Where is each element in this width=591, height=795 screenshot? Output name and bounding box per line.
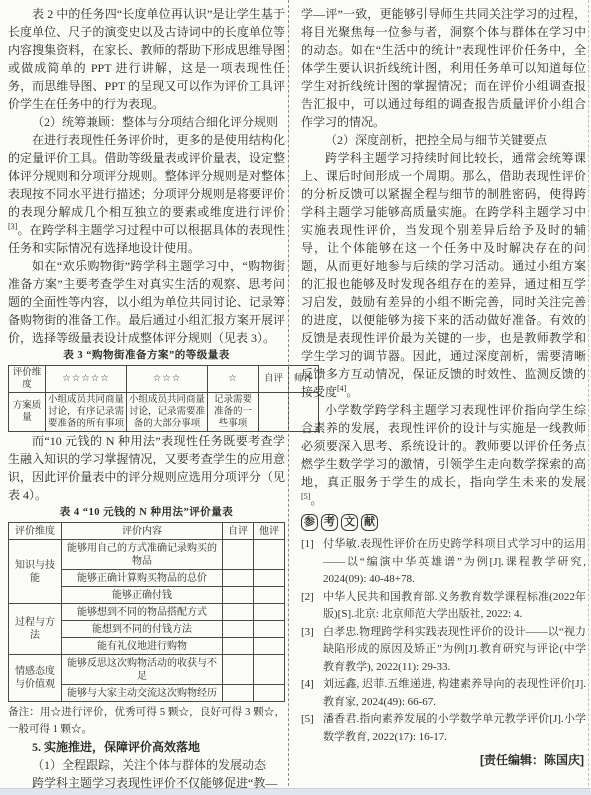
references-heading-char: 文	[341, 514, 358, 531]
table4-criterion: 能想到不同的付钱方法	[62, 621, 223, 638]
paragraph-shopping-street: 如在“欢乐购物街”跨学科主题学习中，“购物街准备方案”主要考查学生对真实生活的观…	[8, 257, 285, 347]
paragraph-scoring-tools: 在进行表现性任务评价时，更多的是使用结构化的定量评价工具。借助等级量表或评价量表…	[8, 131, 285, 257]
reference-item: [4] 刘远鑫, 迟菲.五维递进, 构建素养导向的表现性评价[J].教育家, 2…	[301, 676, 586, 711]
table4-self-cell	[223, 570, 254, 587]
paragraph-conclusion: 小学数学跨学科主题学习表现性评价指向学生综合素养的发展，表现性评价的设计与实施是…	[301, 401, 586, 509]
table3-header-dimension: 评价维度	[9, 366, 46, 393]
table4-peer-cell	[254, 621, 285, 638]
table4-self-cell	[223, 604, 254, 621]
subheading-scoring-rules: （2）统筹兼顾：整体与分项结合细化评分规则	[8, 113, 285, 131]
reference-text: 刘远鑫, 迟菲.五维递进, 构建素养导向的表现性评价[J].教育家, 2024(…	[323, 678, 586, 708]
reference-number: [1]	[301, 536, 314, 554]
table3-caption: 表 3 “购物街准备方案”的等级量表	[8, 348, 285, 364]
column-divider	[288, 0, 289, 786]
reference-text: 付华敏.表现性评价在历史跨学科项目式学习中的运用——以“编演中华英雄谱”为例[J…	[323, 538, 586, 585]
table4-peer-cell	[254, 655, 285, 685]
references-list: [1] 付华敏.表现性评价在历史跨学科项目式学习中的运用——以“编演中华英雄谱”…	[301, 536, 586, 746]
subheading-deep-analysis: （2）深度剖析，把控全局与细节关键要点	[301, 131, 586, 149]
paragraph-10yuan-task: 而“10 元钱的 N 种用法”表现性任务既要考查学生融入知识的学习掌握情况，又要…	[8, 432, 285, 504]
table4-dimension-attitude: 情感态度与价值观	[9, 655, 62, 702]
responsible-editor: [责任编辑：陈国庆]	[301, 751, 586, 768]
table4-dimension-process: 过程与方法	[9, 604, 62, 655]
reference-number: [4]	[301, 676, 314, 694]
table3-cell-dimension: 方案质量	[9, 393, 46, 432]
table4-criterion: 能有礼仪地进行购物	[62, 638, 223, 655]
table4-self-cell	[223, 655, 254, 685]
table4-header-peer: 他评	[254, 523, 285, 540]
reference-item: [2] 中华人民共和国教育部.义务教育数学课程标准(2022年版)[S].北京:…	[301, 589, 586, 624]
paragraph-teaching-consistency: 学—评”一致，更能够引导师生共同关注学习的过程，将目光聚焦每一位参与者，洞察个体…	[301, 5, 586, 131]
reference-number: [3]	[301, 624, 314, 642]
reference-item: [3] 白孝忠.物理跨学科实践表现性评价的设计——以“视力缺陷形成的原因及矫正”…	[301, 624, 586, 677]
table3-header-row: 评价维度 ☆☆☆☆☆ ☆☆☆ ☆ 自评 师评	[9, 366, 319, 393]
references-heading: 参考文献	[301, 512, 586, 532]
table3-header-5stars: ☆☆☆☆☆	[46, 366, 127, 393]
table3-cell-level1: 记录需要准备的一些事项	[208, 393, 259, 432]
journal-page: 表 2 中的任务四“长度单位再认识”是让学生基于长度单位、尺子的演变史以及古诗词…	[0, 0, 591, 795]
page-right-edge	[588, 0, 589, 786]
table4-self-cell	[223, 638, 254, 655]
references-heading-char: 考	[321, 514, 338, 531]
table4-evaluation-scale: 评价维度 评价内容 自评 他评 知识与技能 能够用自己的方式准确记录购买的物品 …	[8, 522, 285, 702]
reference-item: [1] 付华敏.表现性评价在历史跨学科项目式学习中的运用——以“编演中华英雄谱”…	[301, 536, 586, 589]
table4-self-cell	[223, 685, 254, 702]
table4-note: 备注：用☆进行评价，优秀可得 5 颗☆，良好可得 3 颗☆，一般可得 1 颗☆。	[8, 704, 285, 738]
table3-cell-level5: 小组成员共同商量讨论，有序记录需要准备的所有事项	[46, 393, 127, 432]
table4-self-cell	[223, 540, 254, 570]
table3-row-plan-quality: 方案质量 小组成员共同商量讨论，有序记录需要准备的所有事项 小组成员共同商量讨论…	[9, 393, 319, 432]
table3-rating-scale: 评价维度 ☆☆☆☆☆ ☆☆☆ ☆ 自评 师评 方案质量 小组成员共同商量讨论，有…	[8, 365, 319, 432]
page-bottom-edge	[0, 788, 591, 795]
table4-peer-cell	[254, 604, 285, 621]
references-heading-char: 献	[361, 514, 378, 531]
table4-self-cell	[223, 621, 254, 638]
reference-item: [5] 潘香君.指向素养发展的小学数学单元教学评价[J].小学数学教育, 202…	[301, 711, 586, 746]
table4-peer-cell	[254, 638, 285, 655]
table4-row: 情感态度与价值观 能够反思这次购物活动的收获与不足	[9, 655, 285, 685]
table4-row: 过程与方法 能够想到不同的物品搭配方式	[9, 604, 285, 621]
table4-dimension-knowledge: 知识与技能	[9, 540, 62, 604]
section5-heading: 5. 实施推进，保障评价高效落地	[8, 738, 285, 756]
reference-text: 白孝忠.物理跨学科实践表现性评价的设计——以“视力缺陷形成的原因及矫正”为例[J…	[323, 626, 586, 673]
table4-self-cell	[223, 587, 254, 604]
table4-row: 知识与技能 能够用自己的方式准确记录购买的物品	[9, 540, 285, 570]
table4-criterion: 能够想到不同的物品搭配方式	[62, 604, 223, 621]
subheading-tracking: （1）全程跟踪，关注个体与群体的发展动态	[8, 756, 285, 774]
table4-criterion: 能够反思这次购物活动的收获与不足	[62, 655, 223, 685]
table3-header-1star: ☆	[208, 366, 259, 393]
table4-peer-cell	[254, 540, 285, 570]
paragraph-task4: 表 2 中的任务四“长度单位再认识”是让学生基于长度单位、尺子的演变史以及古诗词…	[8, 5, 285, 113]
table4-peer-cell	[254, 685, 285, 702]
reference-number: [5]	[301, 711, 314, 729]
table4-peer-cell	[254, 570, 285, 587]
table4-peer-cell	[254, 587, 285, 604]
table4-caption: 表 4 “10 元钱的 N 种用法”评价量表	[8, 505, 285, 521]
table4-header-row: 评价维度 评价内容 自评 他评	[9, 523, 285, 540]
reference-text: 中华人民共和国教育部.义务教育数学课程标准(2022年版)[S].北京: 北京师…	[323, 591, 586, 621]
reference-text: 潘香君.指向素养发展的小学数学单元教学评价[J].小学数学教育, 2022(17…	[323, 713, 586, 743]
paragraph-feedback: 跨学科主题学习持续时间比较长，通常会统筹课上、课后时间形成一个周期。那么，借助表…	[301, 149, 586, 401]
table3-header-3stars: ☆☆☆	[127, 366, 208, 393]
table4-header-self: 自评	[223, 523, 254, 540]
right-column: 学—评”一致，更能够引导师生共同关注学习的过程，将目光聚焦每一位参与者，洞察个体…	[301, 5, 586, 768]
table4-criterion: 能够正确计算购买物品的总价	[62, 570, 223, 587]
table3-cell-level3: 小组成员共同商量讨论，记录需要准备的大部分事项	[127, 393, 208, 432]
reference-number: [2]	[301, 589, 314, 607]
left-column: 表 2 中的任务四“长度单位再认识”是让学生基于长度单位、尺子的演变史以及古诗词…	[8, 5, 285, 792]
table3-header-self: 自评	[259, 366, 289, 393]
table4-criterion: 能够用自己的方式准确记录购买的物品	[62, 540, 223, 570]
table4-header-dimension: 评价维度	[9, 523, 62, 540]
table3-cell-self-score	[259, 393, 289, 432]
references-heading-char: 参	[301, 514, 318, 531]
table4-header-content: 评价内容	[62, 523, 223, 540]
table4-criterion: 能够正确付钱	[62, 587, 223, 604]
table4-criterion: 能够与大家主动交流这次购物经历	[62, 685, 223, 702]
